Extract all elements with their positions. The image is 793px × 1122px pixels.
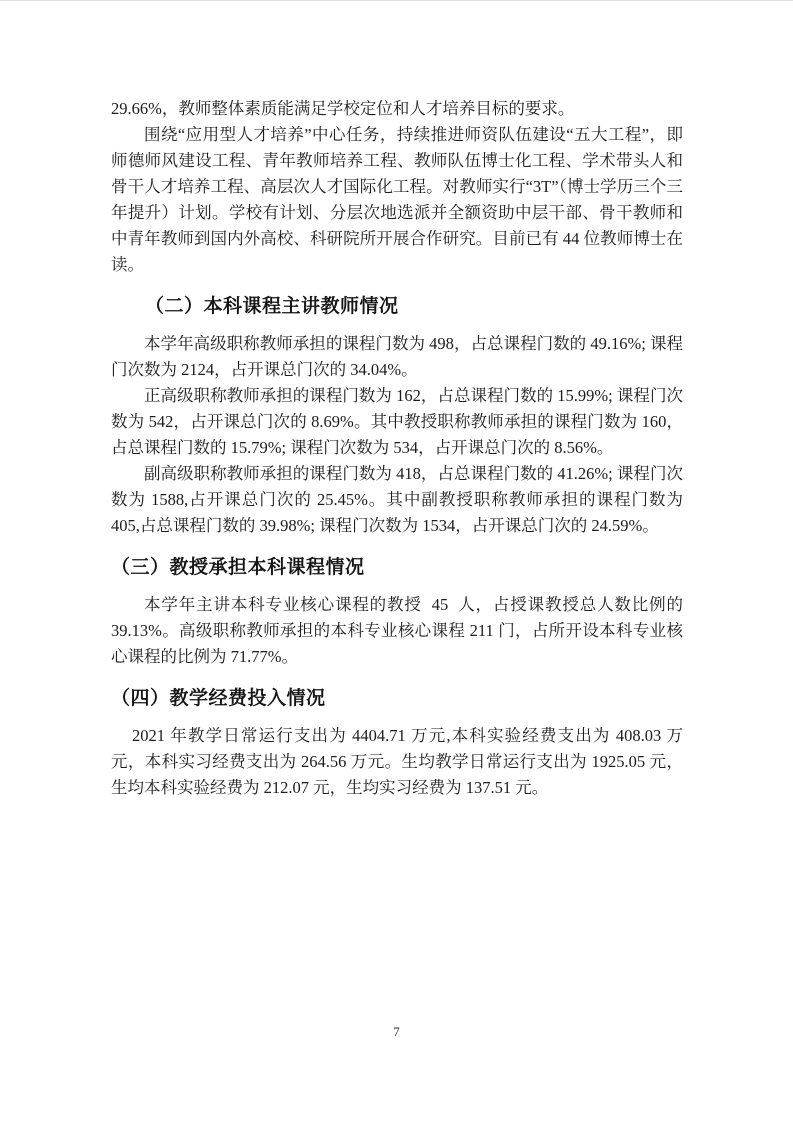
full-senior-title-paragraph: 正高级职称教师承担的课程门数为 162，占总课程门数的 15.99%; 课程门次… (111, 383, 683, 461)
teacher-development-paragraph: 围绕“应用型人才培养”中心任务，持续推进师资队伍建设“五大工程”，即师德师风建设… (111, 122, 683, 278)
section-heading-professor-courses: （三）教授承担本科课程情况 (111, 554, 683, 582)
continuation-paragraph: 29.66%，教师整体素质能满足学校定位和人才培养目标的要求。 (111, 96, 683, 122)
content-area: 29.66%，教师整体素质能满足学校定位和人才培养目标的要求。 围绕“应用型人才… (111, 96, 683, 801)
page-footer: 7 (0, 1025, 793, 1039)
section-heading-funding: （四）教学经费投入情况 (111, 685, 683, 713)
professor-core-courses-paragraph: 本学年主讲本科专业核心课程的教授 45 人，占授课教授总人数比例的 39.13%… (111, 592, 683, 670)
funding-paragraph: 2021 年教学日常运行支出为 4404.71 万元,本科实验经费支出为 408… (111, 723, 683, 801)
senior-title-courses-paragraph: 本学年高级职称教师承担的课程门数为 498，占总课程门数的 49.16%; 课程… (111, 331, 683, 383)
document-page: 29.66%，教师整体素质能满足学校定位和人才培养目标的要求。 围绕“应用型人才… (0, 0, 793, 1122)
associate-senior-title-paragraph: 副高级职称教师承担的课程门数为 418，占总课程门数的 41.26%; 课程门次… (111, 461, 683, 539)
section-heading-main-lecturers: （二）本科课程主讲教师情况 (111, 293, 683, 321)
page-number: 7 (393, 1025, 399, 1039)
